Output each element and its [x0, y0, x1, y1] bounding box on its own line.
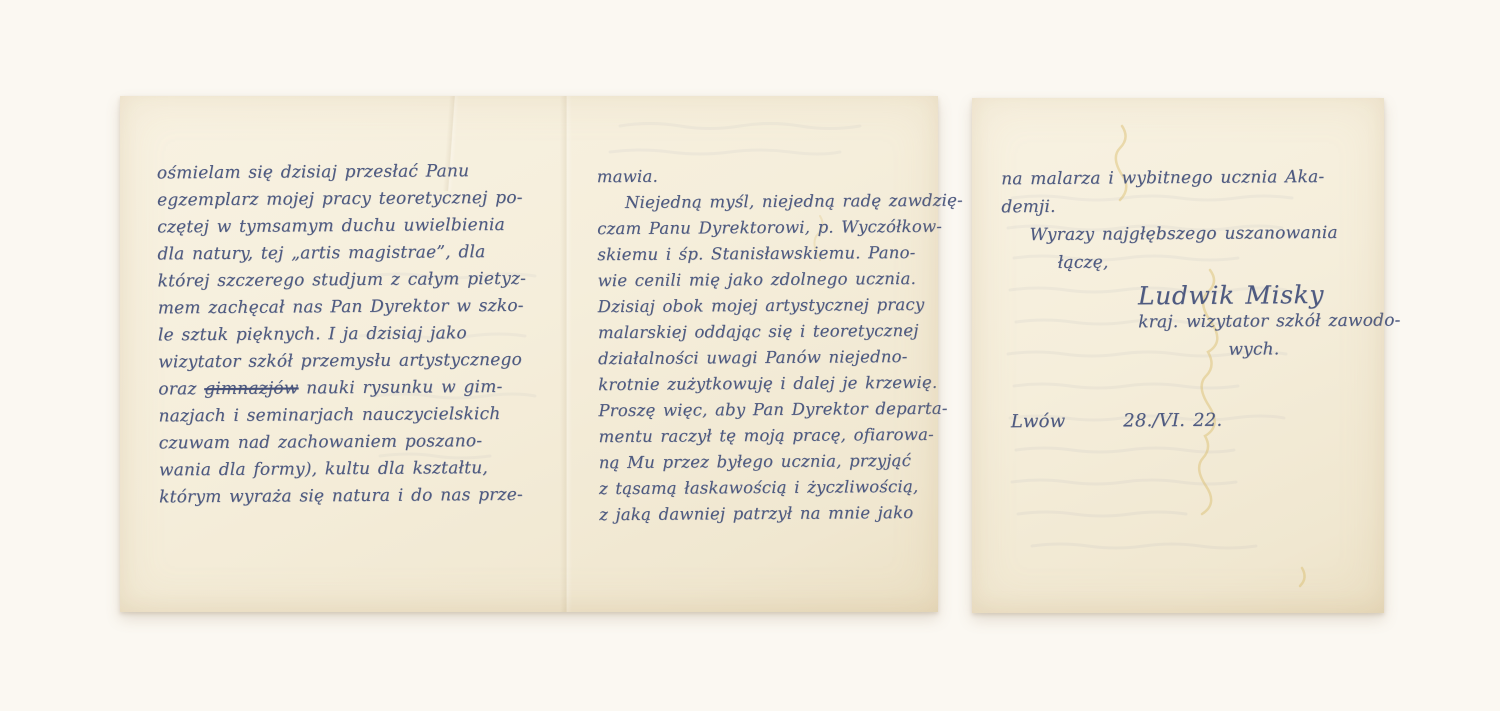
letter-line: łączę,: [1002, 249, 1366, 280]
letter-line: dla natury, tej „artis magistrae”, dla: [157, 240, 559, 270]
letter-line: wie cenili mię jako zdolnego ucznia.: [597, 267, 935, 295]
letter-line: ną Mu przez byłego ucznia, przyjąć: [599, 449, 937, 477]
letter-column-1: ośmielam się dzisiaj przesłać Panuegzemp…: [157, 159, 561, 513]
letter-line: mawia.: [597, 163, 935, 191]
letter-line: krotnie zużytkowuję i dalej je krzewię.: [598, 371, 936, 399]
letter-line: z jaką dawniej patrzył na mnie jako: [599, 501, 937, 529]
letter-column-2: mawia.Niejedną myśl, niejedną radę zawdz…: [597, 163, 938, 529]
letter-line: której szczerego studjum z całym pietyz-: [158, 267, 560, 297]
letter-line: Dzisiaj obok mojej artystycznej pracy: [598, 293, 936, 321]
right-sheet: na malarza i wybitnego ucznia Aka-demji.…: [972, 98, 1384, 613]
word-segment: nauki rysunku w gim-: [299, 377, 503, 398]
letter-date: 28./VI. 22.: [1123, 410, 1222, 432]
letter-line: Proszę więc, aby Pan Dyrektor departa-: [598, 397, 936, 425]
letter-line: Wyrazy najgłębszego uszanowania: [1001, 221, 1365, 252]
closing-lines: na malarza i wybitnego ucznia Aka-demji.…: [1001, 165, 1366, 368]
place-name: Lwów: [1011, 411, 1066, 432]
letter-closing-column: na malarza i wybitnego ucznia Aka-demji.…: [1001, 165, 1367, 433]
letter-line: wych.: [1002, 337, 1366, 368]
letter-line: mentu raczył tę moją pracę, ofiarowa-: [599, 423, 937, 451]
signature: Ludwik Misky: [1002, 277, 1366, 312]
letter-line: egzemplarz mojej pracy teoretycznej po-: [157, 186, 559, 216]
letter-line: mem zachęcał nas Pan Dyrektor w szko-: [158, 294, 560, 324]
word-segment: oraz: [158, 379, 204, 399]
letter-line: nazjach i seminarjach nauczycielskich: [158, 402, 560, 432]
letter-line: działalności uwagi Panów niejedno-: [598, 345, 936, 373]
letter-line: z tąsamą łaskawością i życzliwością,: [599, 475, 937, 503]
letter-line: demji.: [1001, 193, 1365, 224]
letter-line: na malarza i wybitnego ucznia Aka-: [1001, 165, 1365, 196]
letter-line: Niejedną myśl, niejedną radę zawdzię-: [597, 189, 935, 217]
left-sheet: ośmielam się dzisiaj przesłać Panuegzemp…: [120, 96, 938, 612]
letter-line: wania dla formy), kultu dla kształtu,: [159, 456, 561, 486]
letter-line: którym wyraża się natura i do nas prze-: [159, 483, 561, 513]
letter-line: le sztuk pięknych. I ja dzisiaj jako: [158, 321, 560, 351]
letter-line: kraj. wizytator szkół zawodo-: [1002, 309, 1366, 340]
letter-line: ośmielam się dzisiaj przesłać Panu: [157, 159, 559, 189]
letter-line: czuwam nad zachowaniem poszano-: [159, 429, 561, 459]
letter-line: malarskiej oddając się i teoretycznej: [598, 319, 936, 347]
struck-word: gimnazjów: [204, 378, 298, 399]
center-fold-crease: [560, 96, 572, 612]
letter-line: czętej w tymsamym duchu uwielbienia: [157, 213, 559, 243]
letter-line: oraz gimnazjów nauki rysunku w gim-: [158, 375, 560, 405]
dateline: Lwów28./VI. 22.: [1003, 409, 1367, 433]
letter-line: skiemu i śp. Stanisławskiemu. Pano-: [597, 241, 935, 269]
letter-line: czam Panu Dyrektorowi, p. Wyczółkow-: [597, 215, 935, 243]
letter-line: wizytator szkół przemysłu artystycznego: [158, 348, 560, 378]
letter-photograph: ośmielam się dzisiaj przesłać Panuegzemp…: [0, 0, 1500, 711]
